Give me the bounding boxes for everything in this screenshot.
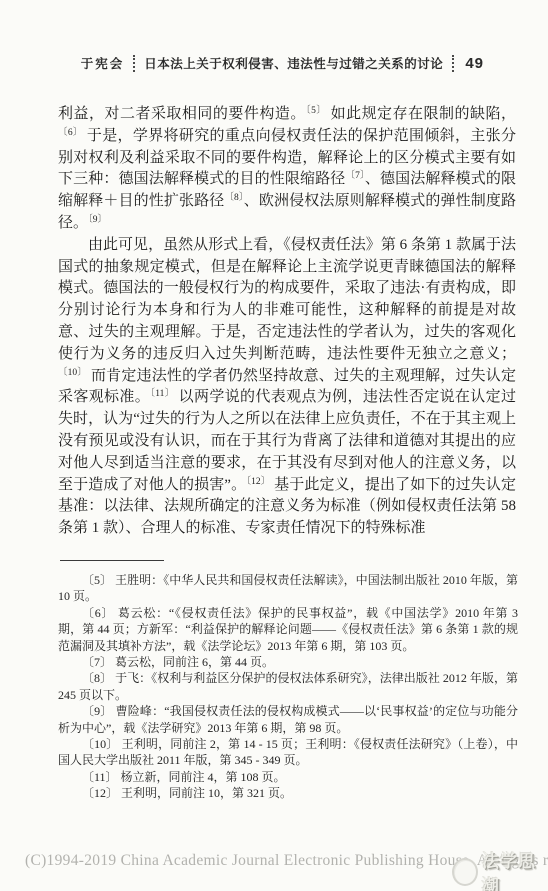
footnote: 〔6〕 葛云松：“《侵权责任法》保护的民事权益”，载《中国法学》2010 年第 … — [58, 605, 518, 654]
footnote-ref: 〔10〕 — [58, 368, 87, 378]
author-name: 于宪会 — [81, 54, 125, 72]
footnote-ref: 〔7〕 — [345, 171, 364, 181]
footnote-separator — [60, 560, 164, 561]
article-body: 利益，对二者采取相同的要件构造。〔5〕 如此规定存在限制的缺陷，〔6〕 于是，学… — [58, 104, 516, 540]
footnote-ref: 〔6〕 — [58, 128, 83, 138]
footnote-ref: 〔5〕 — [306, 106, 326, 116]
journal-page: 于宪会 日本法上关于权利侵害、违法性与过错之关系的讨论 49 利益，对二者采取相… — [0, 0, 548, 891]
footnote: 〔11〕 杨立新，同前注 4，第 108 页。 — [58, 769, 518, 785]
watermark: 法学思潮 — [452, 847, 548, 891]
footnote: 〔12〕 王利明，同前注 10，第 321 页。 — [58, 785, 518, 801]
watermark-text: 法学思潮 — [482, 847, 548, 891]
dotted-separator — [452, 55, 454, 72]
footnote: 〔10〕 王利明，同前注 2，第 14 - 15 页；王利明：《侵权责任法研究》… — [58, 736, 518, 769]
text-run: 如此规定存在限制的缺陷， — [326, 106, 516, 122]
article-title: 日本法上关于权利侵害、违法性与过错之关系的讨论 — [144, 54, 443, 72]
footnote: 〔5〕 王胜明：《中华人民共和国侵权责任法解读》，中国法制出版社 2010 年版… — [58, 572, 518, 605]
dotted-separator — [133, 55, 135, 72]
footnote-ref: 〔11〕 — [150, 389, 174, 399]
text-run: 利益，对二者采取相同的要件构造。 — [58, 106, 306, 122]
footnote-ref: 〔12〕 — [246, 477, 270, 487]
body-paragraph: 由此可见，虽然从形式上看，《侵权责任法》第 6 条第 1 款属于法国式的抽象规定… — [58, 235, 516, 540]
text-run: 由此可见，虽然从形式上看，《侵权责任法》第 6 条第 1 款属于法国式的抽象规定… — [58, 237, 516, 362]
footnote: 〔8〕 于飞：《权利与利益区分保护的侵权法体系研究》，法律出版社 2012 年版… — [58, 670, 518, 703]
page-header: 于宪会 日本法上关于权利侵害、违法性与过错之关系的讨论 49 — [0, 54, 484, 72]
body-paragraph: 利益，对二者采取相同的要件构造。〔5〕 如此规定存在限制的缺陷，〔6〕 于是，学… — [58, 104, 516, 235]
footnotes: 〔5〕 王胜明：《中华人民共和国侵权责任法解读》，中国法制出版社 2010 年版… — [58, 572, 518, 802]
watermark-logo-icon — [452, 858, 478, 886]
footnote-ref: 〔9〕 — [88, 215, 107, 225]
page-number: 49 — [465, 55, 484, 72]
footnote: 〔7〕 葛云松，同前注 6，第 44 页。 — [58, 654, 518, 670]
footnote: 〔9〕 曹险峰：“我国侵权责任法的侵权构成模式——以‘民事权益’的定位与功能分析… — [58, 703, 518, 736]
footnote-ref: 〔8〕 — [224, 193, 243, 203]
